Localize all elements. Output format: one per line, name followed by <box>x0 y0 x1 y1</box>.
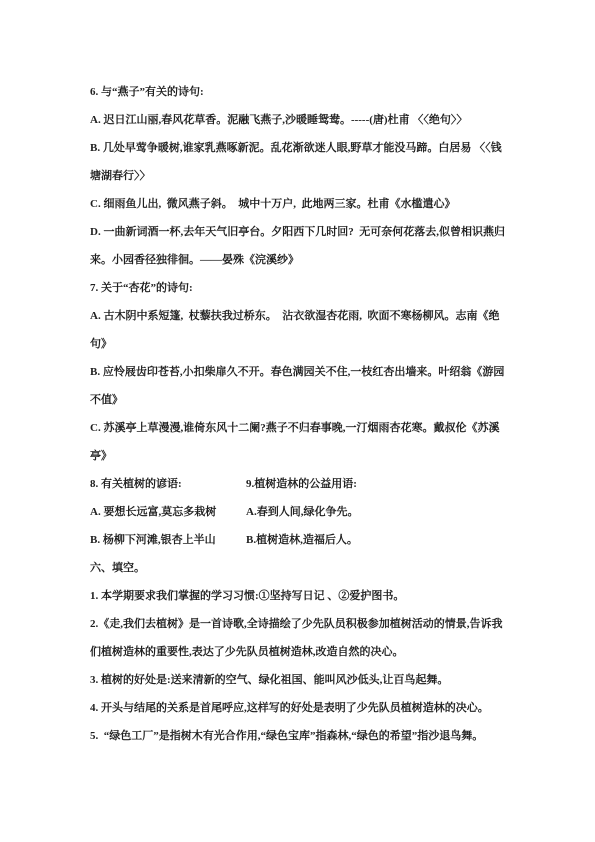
question-9-option-b: B.植树造林,造福后人。 <box>246 526 507 554</box>
question-6-option-b: B. 几处早莺争暖树,谁家乳燕啄新泥。乱花渐欲迷人眼,野草才能没马蹄。白居易 〈… <box>90 134 507 190</box>
question-7-heading: 7. 关于“杏花”的诗句: <box>90 274 507 302</box>
section-6-item-4: 4. 开头与结尾的关系是首尾呼应,这样写的好处是表明了少先队员植树造林的决心。 <box>90 694 507 722</box>
question-8-heading: 8. 有关植树的谚语: <box>90 470 246 498</box>
section-6-item-2: 2.《走,我们去植树》是一首诗歌,全诗描绘了少先队员积极参加植树活动的情景,告诉… <box>90 610 507 666</box>
question-6-option-c: C. 细雨鱼儿出, 微风燕子斜。 城中十万户, 此地两三家。杜甫《水槛遣心》 <box>90 190 507 218</box>
section-6-item-1: 1. 本学期要求我们掌握的学习习惯:①坚持写日记 、②爱护图书。 <box>90 582 507 610</box>
question-7-option-b: B. 应怜屐齿印苍苔,小扣柴扉久不开。春色满园关不住,一枝红杏出墙来。叶绍翁《游… <box>90 358 507 414</box>
question-9-option-a: A.春到人间,绿化争先。 <box>246 498 507 526</box>
section-6-item-5: 5. “绿色工厂”是指树木有光合作用,“绿色宝库”指森林,“绿色的希望”指沙退鸟… <box>90 722 507 750</box>
question-8-9-option-a-row: A. 要想长远富,莫忘多栽树 A.春到人间,绿化争先。 <box>90 498 507 526</box>
question-6-heading: 6. 与“燕子”有关的诗句: <box>90 78 507 106</box>
question-8-option-b: B. 杨柳下河滩,银杏上半山 <box>90 526 246 554</box>
question-8-option-a: A. 要想长远富,莫忘多栽树 <box>90 498 246 526</box>
question-8-9-option-b-row: B. 杨柳下河滩,银杏上半山 B.植树造林,造福后人。 <box>90 526 507 554</box>
question-6-option-a: A. 迟日江山丽,春风花草香。泥融飞燕子,沙暖睡鸳鸯。-----(唐)杜甫 〈〈… <box>90 106 507 134</box>
question-7-option-a: A. 古木阴中系短篷, 杖藜扶我过桥东。 沾衣欲湿杏花雨, 吹面不寒杨柳风。志南… <box>90 302 507 358</box>
section-6-heading: 六、填空。 <box>90 554 507 582</box>
question-8-9-headings-row: 8. 有关植树的谚语: 9.植树造林的公益用语: <box>90 470 507 498</box>
document-page: 6. 与“燕子”有关的诗句: A. 迟日江山丽,春风花草香。泥融飞燕子,沙暖睡鸳… <box>0 0 595 842</box>
question-9-heading: 9.植树造林的公益用语: <box>246 470 507 498</box>
section-6-item-3: 3. 植树的好处是:送来清新的空气、绿化祖国、能叫风沙低头,让百鸟起舞。 <box>90 666 507 694</box>
question-6-option-d: D. 一曲新词酒一杯,去年天气旧亭台。夕阳西下几时回? 无可奈何花落去,似曾相识… <box>90 218 507 274</box>
question-7-option-c: C. 苏溪亭上草漫漫,谁倚东风十二阑?燕子不归春事晚,一汀烟雨杏花寒。戴叔伦《苏… <box>90 414 507 470</box>
